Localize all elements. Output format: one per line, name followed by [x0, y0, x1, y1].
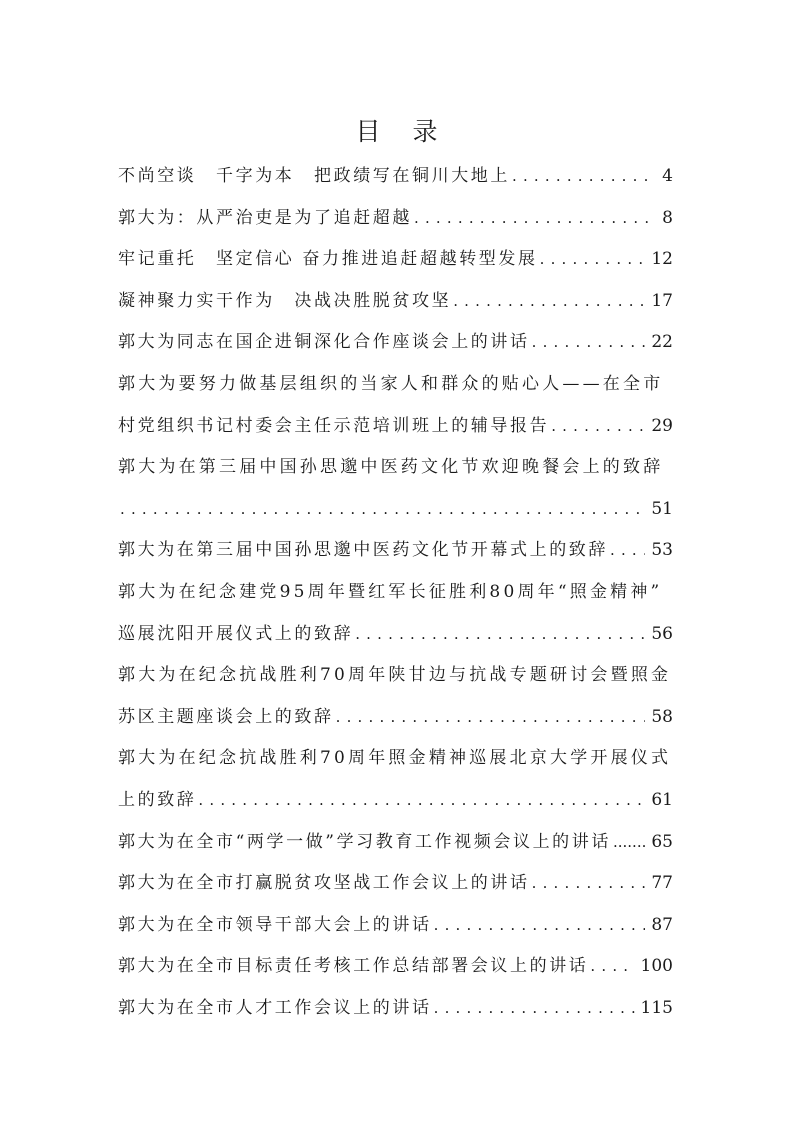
toc-page-number: 53 — [651, 530, 673, 572]
toc-entry-title: 郭大为在第三届中国孙思邈中医药文化节欢迎晚餐会上的致辞 — [118, 447, 673, 489]
toc-entry-line-2[interactable]: 苏区主题座谈会上的致辞 58 — [118, 697, 673, 739]
dot-leader — [355, 614, 645, 656]
toc-page-number: 29 — [651, 406, 673, 448]
toc-entry-line-1[interactable]: 郭大为在纪念建党95周年暨红军长征胜利80周年“照金精神” — [118, 572, 673, 614]
toc-page-number: 17 — [651, 281, 673, 323]
toc-entry-line-2[interactable]: 上的致辞 61 — [118, 780, 673, 822]
toc-entry-title: 郭大为在全市“两学一做”学习教育工作视频会议上的讲话 — [118, 822, 611, 864]
toc-page-number: 56 — [651, 614, 673, 656]
toc-entry-line-2[interactable]: 村党组织书记村委会主任示范培训班上的辅导报告 29 — [118, 406, 673, 448]
toc-page-number: 87 — [651, 905, 673, 947]
toc-entry-title: 郭大为要努力做基层组织的当家人和群众的贴心人——在全市 — [118, 364, 673, 406]
dot-leader — [336, 697, 646, 739]
toc-entry[interactable]: 凝神聚力实干作为 决战决胜脱贫攻坚 17 — [118, 281, 673, 323]
dot-leader — [198, 780, 645, 822]
toc-entry-line-1[interactable]: 郭大为在纪念抗战胜利70周年陕甘边与抗战专题研讨会暨照金 — [118, 655, 673, 697]
toc-entry-line-1[interactable]: 郭大为在第三届中国孙思邈中医药文化节欢迎晚餐会上的致辞 — [118, 447, 673, 489]
toc-entry[interactable]: 郭大为：从严治吏是为了追赶超越 8 — [118, 198, 673, 240]
toc-entry-title: 郭大为在纪念抗战胜利70周年照金精神巡展北京大学开展仪式 — [118, 738, 673, 780]
dot-leader — [610, 530, 645, 572]
toc-entry-title: 郭大为在纪念建党95周年暨红军长征胜利80周年“照金精神” — [118, 572, 673, 614]
toc-page-number: 100 — [641, 946, 673, 988]
dot-leader — [532, 322, 646, 364]
dot-leader — [540, 239, 646, 281]
dot-leader — [414, 198, 656, 240]
toc-entry[interactable]: 牢记重托 坚定信心 奋力推进追赶超越转型发展 12 — [118, 239, 673, 281]
toc-page-number: 12 — [651, 239, 673, 281]
toc-entry-line-2[interactable]: 51 — [118, 489, 673, 531]
toc-entry-title: 郭大为：从严治吏是为了追赶超越 — [118, 198, 412, 240]
toc-entry-line-1[interactable]: 郭大为要努力做基层组织的当家人和群众的贴心人——在全市 — [118, 364, 673, 406]
dot-leader — [551, 406, 645, 448]
toc-entry-title: 不尚空谈 千字为本 把政绩写在铜川大地上 — [118, 156, 510, 198]
toc-page-number: 8 — [662, 198, 673, 240]
dot-leader — [453, 281, 645, 323]
toc-page-number: 65 — [651, 822, 673, 864]
toc-entry[interactable]: 郭大为同志在国企进铜深化合作座谈会上的讲话 22 — [118, 322, 673, 364]
toc-entry[interactable]: 郭大为在第三届中国孙思邈中医药文化节开幕式上的致辞 53 — [118, 530, 673, 572]
toc-entry[interactable]: 郭大为在全市打赢脱贫攻坚战工作会议上的讲话 77 — [118, 863, 673, 905]
toc-entry[interactable]: 不尚空谈 千字为本 把政绩写在铜川大地上 4 — [118, 156, 673, 198]
toc-page-number: 115 — [641, 988, 673, 1030]
toc-entry-title: 郭大为在第三届中国孙思邈中医药文化节开幕式上的致辞 — [118, 530, 608, 572]
toc-entry-line-2[interactable]: 巡展沈阳开展仪式上的致辞 56 — [118, 614, 673, 656]
dot-leader — [512, 156, 656, 198]
toc-entry-title: 郭大为在纪念抗战胜利70周年陕甘边与抗战专题研讨会暨照金 — [118, 655, 673, 697]
dot-leader — [120, 489, 645, 531]
toc-entry-title: 郭大为在全市打赢脱贫攻坚战工作会议上的讲话 — [118, 863, 530, 905]
toc-entry-title: 郭大为在全市领导干部大会上的讲话 — [118, 905, 432, 947]
toc-page-number: 22 — [651, 322, 673, 364]
toc-entry-title-cont: 巡展沈阳开展仪式上的致辞 — [118, 614, 353, 656]
document-page: 目 录 不尚空谈 千字为本 把政绩写在铜川大地上 4 郭大为：从严治吏是为了追赶… — [0, 0, 793, 1122]
toc-entry-title: 郭大为在全市目标责任考核工作总结部署会议上的讲话 — [118, 946, 588, 988]
toc-entry-title: 郭大为同志在国企进铜深化合作座谈会上的讲话 — [118, 322, 530, 364]
toc-entry[interactable]: 郭大为在全市“两学一做”学习教育工作视频会议上的讲话 65 — [118, 822, 673, 864]
toc-page-number: 58 — [651, 697, 673, 739]
toc-entry-title-cont: 上的致辞 — [118, 780, 196, 822]
toc-entry-title: 凝神聚力实干作为 决战决胜脱贫攻坚 — [118, 281, 451, 323]
toc-page-number: 61 — [651, 780, 673, 822]
dot-leader — [613, 822, 645, 864]
toc-entry-title: 郭大为在全市人才工作会议上的讲话 — [118, 988, 432, 1030]
toc-entry[interactable]: 郭大为在全市目标责任考核工作总结部署会议上的讲话 100 — [118, 946, 673, 988]
toc-page-number: 77 — [651, 863, 673, 905]
toc-entry-title-cont: 村党组织书记村委会主任示范培训班上的辅导报告 — [118, 406, 549, 448]
toc-entry[interactable]: 郭大为在全市人才工作会议上的讲话 115 — [118, 988, 673, 1030]
toc-page-number: 4 — [662, 156, 673, 198]
dot-leader — [434, 905, 646, 947]
dot-leader — [532, 863, 646, 905]
toc-title: 目 录 — [0, 114, 793, 150]
toc-entry-title: 牢记重托 坚定信心 奋力推进追赶超越转型发展 — [118, 239, 538, 281]
dot-leader — [590, 946, 634, 988]
toc-entry[interactable]: 郭大为在全市领导干部大会上的讲话 87 — [118, 905, 673, 947]
toc-page-number: 51 — [651, 489, 673, 531]
table-of-contents: 不尚空谈 千字为本 把政绩写在铜川大地上 4 郭大为：从严治吏是为了追赶超越 8… — [118, 156, 673, 1029]
toc-entry-line-1[interactable]: 郭大为在纪念抗战胜利70周年照金精神巡展北京大学开展仪式 — [118, 738, 673, 780]
toc-entry-title-cont: 苏区主题座谈会上的致辞 — [118, 697, 334, 739]
dot-leader — [434, 988, 635, 1030]
